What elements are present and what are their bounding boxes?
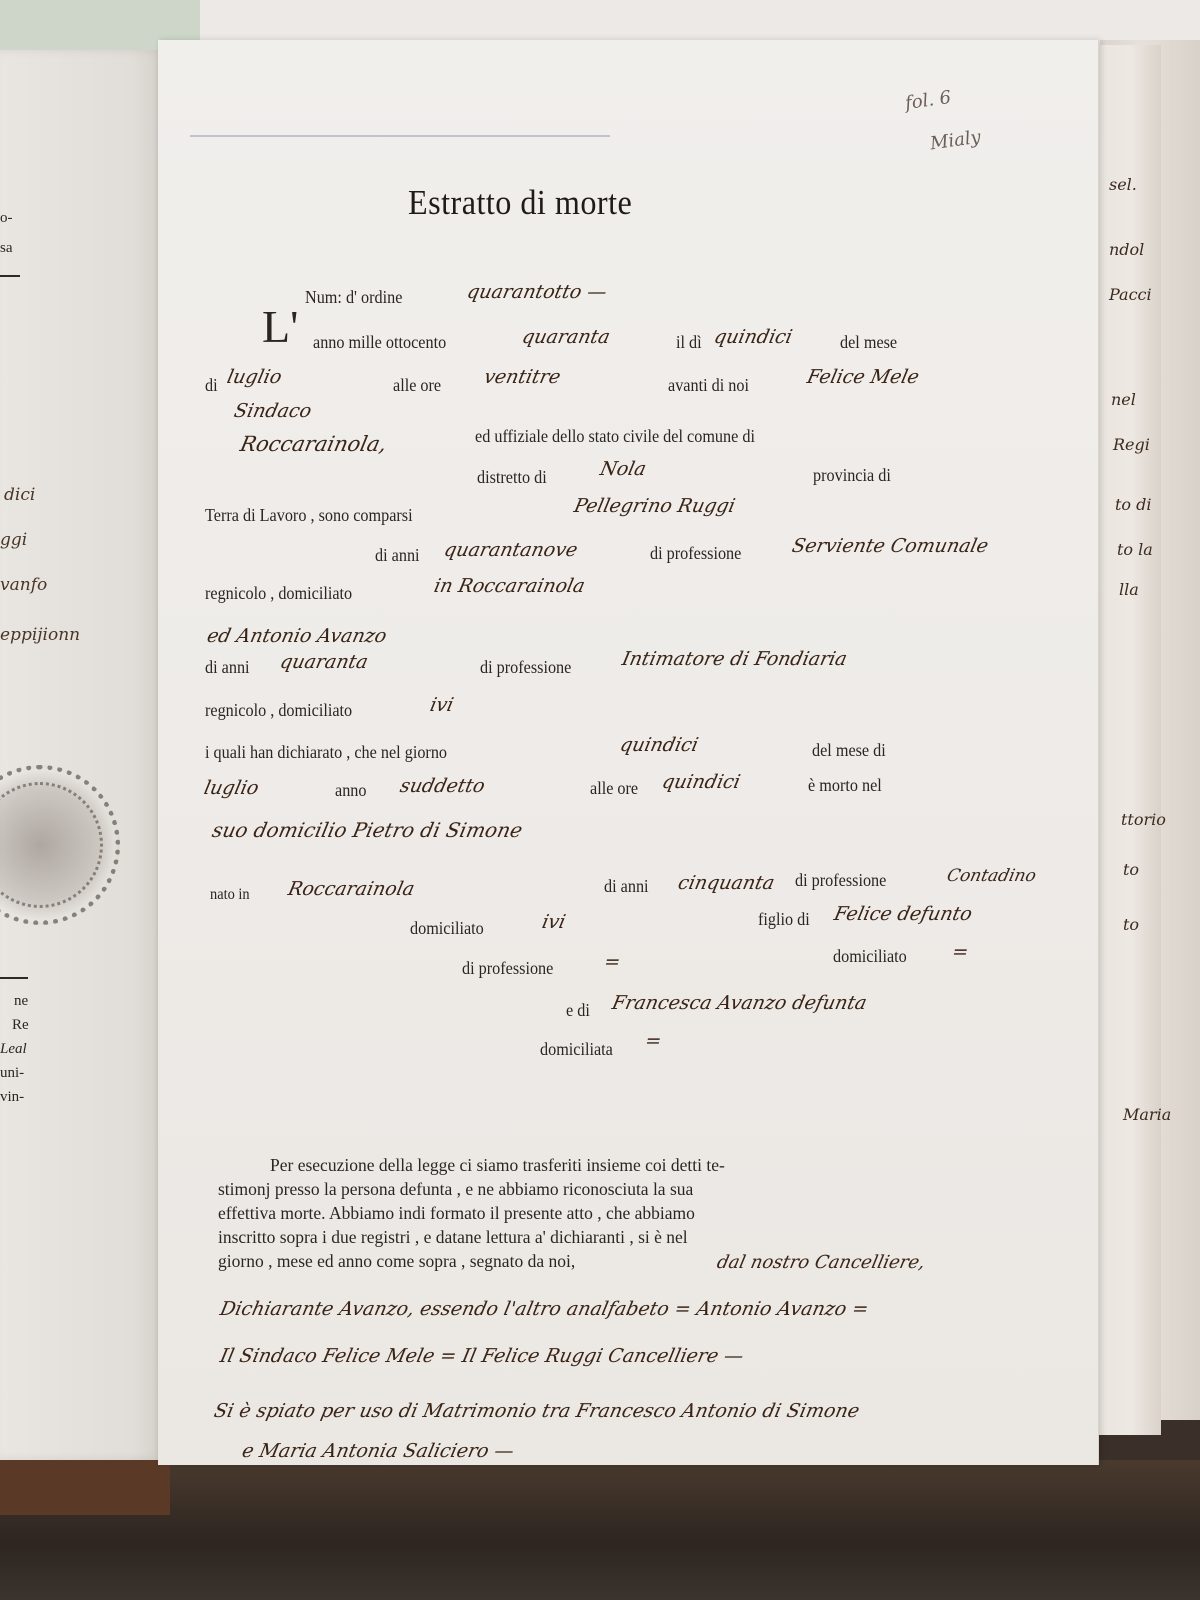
printed-text: anno <box>335 780 367 801</box>
order-number-label: Num: d' ordine <box>305 287 402 308</box>
right-handwritten-fragment: sel. <box>1109 175 1137 194</box>
left-rule <box>0 275 20 277</box>
field-father: Felice defunto <box>832 903 974 925</box>
printed-text: regnicolo , domiciliato <box>205 700 352 721</box>
signature-line-declarant: Dichiarante Avanzo, essendo l'altro anal… <box>218 1298 871 1320</box>
printed-text: e di <box>566 1000 590 1021</box>
field-year: quaranta <box>520 326 612 348</box>
printed-text: regnicolo , domiciliato <box>205 583 352 604</box>
field-death-day: quindici <box>618 734 700 756</box>
printed-text: di professione <box>462 958 553 979</box>
left-rule <box>0 977 28 979</box>
field-deceased-profession: Contadino <box>945 866 1038 886</box>
field-hour: ventitre <box>482 366 563 388</box>
field-day: quindici <box>712 326 794 348</box>
field-witness2-residence: ivi <box>428 694 456 716</box>
printed-text: i quali han dichiarato , che nel giorno <box>205 742 447 763</box>
left-handwritten-fragment: dici <box>4 485 35 505</box>
background-table-shadow <box>0 1460 1200 1600</box>
left-printed-fragment: sa <box>0 240 13 257</box>
field-death-month: luglio <box>202 777 261 799</box>
printed-text: provincia di <box>813 465 891 486</box>
field-witness2-age: quaranta <box>278 651 370 673</box>
printed-text: il dì <box>676 332 702 353</box>
right-handwritten-fragment: to <box>1123 860 1139 879</box>
left-printed-fragment: o- <box>0 210 13 227</box>
field-death-year: suddetto <box>398 775 487 797</box>
printed-text: di anni <box>375 545 420 566</box>
right-handwritten-fragment: to <box>1123 915 1139 934</box>
document-title: Estratto di morte <box>408 183 632 223</box>
field-district: Nola <box>598 458 648 480</box>
field-witness2-profession: Intimatore di Fondiaria <box>620 648 849 670</box>
printed-text: di professione <box>795 870 886 891</box>
printed-text: domiciliato <box>410 918 484 939</box>
marginal-annotation: e Maria Antonia Saliciero — <box>240 1440 516 1462</box>
field-comune: Roccarainola, <box>238 432 389 456</box>
printed-text: distretto di <box>477 467 547 488</box>
right-handwritten-fragment: to la <box>1117 540 1153 559</box>
printed-text: nato in <box>210 886 250 904</box>
field-official-title: Sindaco <box>232 400 314 422</box>
signature-line-mayor: Il Sindaco Felice Mele = Il Felice Ruggi… <box>218 1345 746 1367</box>
field-mother: Francesca Avanzo defunta <box>610 992 869 1014</box>
right-handwritten-fragment: lla <box>1119 580 1139 599</box>
order-number-value: quarantotto — <box>465 281 609 303</box>
left-handwritten-fragment: ggi <box>0 530 27 550</box>
left-printed-fragment: vin- <box>0 1089 24 1106</box>
printed-text: di anni <box>205 657 250 678</box>
left-handwritten-fragment: eppijionn <box>0 625 80 645</box>
paragraph-line: effettiva morte. Abbiamo indi formato il… <box>218 1201 928 1225</box>
printed-text: anno mille ottocento <box>313 332 446 353</box>
paragraph-line: Per esecuzione della legge ci siamo tras… <box>218 1153 928 1177</box>
right-handwritten-fragment: ttorio <box>1121 810 1166 829</box>
left-printed-fragment: uni- <box>0 1065 24 1082</box>
printed-text: figlio di <box>758 909 810 930</box>
right-handwritten-fragment: Maria <box>1123 1105 1171 1124</box>
printed-text: avanti di noi <box>668 375 749 396</box>
field-official: Felice Mele <box>805 366 921 388</box>
drop-cap: L' <box>262 300 298 353</box>
printed-text: domiciliato <box>833 946 907 967</box>
left-printed-fragment: ne <box>14 993 28 1010</box>
pencil-mark <box>190 135 610 137</box>
field-birthplace: Roccarainola <box>286 878 417 900</box>
right-handwritten-fragment: nel <box>1111 390 1136 409</box>
field-witness1-residence: in Roccarainola <box>432 575 587 597</box>
field-witness2: ed Antonio Avanzo <box>205 625 389 647</box>
field-witness1-profession: Serviente Comunale <box>790 535 990 557</box>
printed-text: alle ore <box>393 375 441 396</box>
right-handwritten-fragment: Regi <box>1113 435 1150 454</box>
official-seal-stamp <box>0 765 120 925</box>
field-month: luglio <box>225 366 284 388</box>
printed-text: alle ore <box>590 778 638 799</box>
paragraph-line: stimonj presso la persona defunta , e ne… <box>218 1177 928 1201</box>
field-deceased-age: cinquanta <box>676 872 777 894</box>
printed-text: di <box>205 375 218 396</box>
marginal-annotation: Si è spiato per uso di Matrimonio tra Fr… <box>212 1400 861 1422</box>
printed-text: domiciliata <box>540 1039 613 1060</box>
right-handwritten-fragment: Pacci <box>1109 285 1152 304</box>
wooden-table-edge <box>0 1455 170 1515</box>
field-witness1: Pellegrino Ruggi <box>572 495 737 517</box>
printed-text: di professione <box>480 657 571 678</box>
right-handwritten-fragment: ndol <box>1109 240 1144 259</box>
field-death-hour: quindici <box>660 771 742 793</box>
left-printed-fragment: Re <box>12 1017 29 1034</box>
left-printed-fragment: Leal <box>0 1041 27 1058</box>
printed-text: Terra di Lavoro , sono comparsi <box>205 505 413 526</box>
handwritten-continuation: dal nostro Cancelliere, <box>715 1252 927 1273</box>
printed-text: di professione <box>650 543 741 564</box>
field-witness1-age: quarantanove <box>442 539 580 561</box>
printed-text: è morto nel <box>808 775 882 796</box>
field-deceased-residence: ivi <box>540 911 568 933</box>
printed-text: del mese di <box>812 740 886 761</box>
printed-text: del mese <box>840 332 897 353</box>
field-death-place-deceased: suo domicilio Pietro di Simone <box>210 818 525 842</box>
paragraph-line: inscritto sopra i due registri , e datan… <box>218 1225 928 1249</box>
left-book-page: o- sa dici ggi vanfo eppijionn ne Re Lea… <box>0 50 165 1460</box>
printed-text: di anni <box>604 876 649 897</box>
right-handwritten-fragment: to di <box>1115 495 1152 514</box>
printed-text: ed uffiziale dello stato civile del comu… <box>475 426 755 447</box>
left-handwritten-fragment: vanfo <box>0 575 47 595</box>
